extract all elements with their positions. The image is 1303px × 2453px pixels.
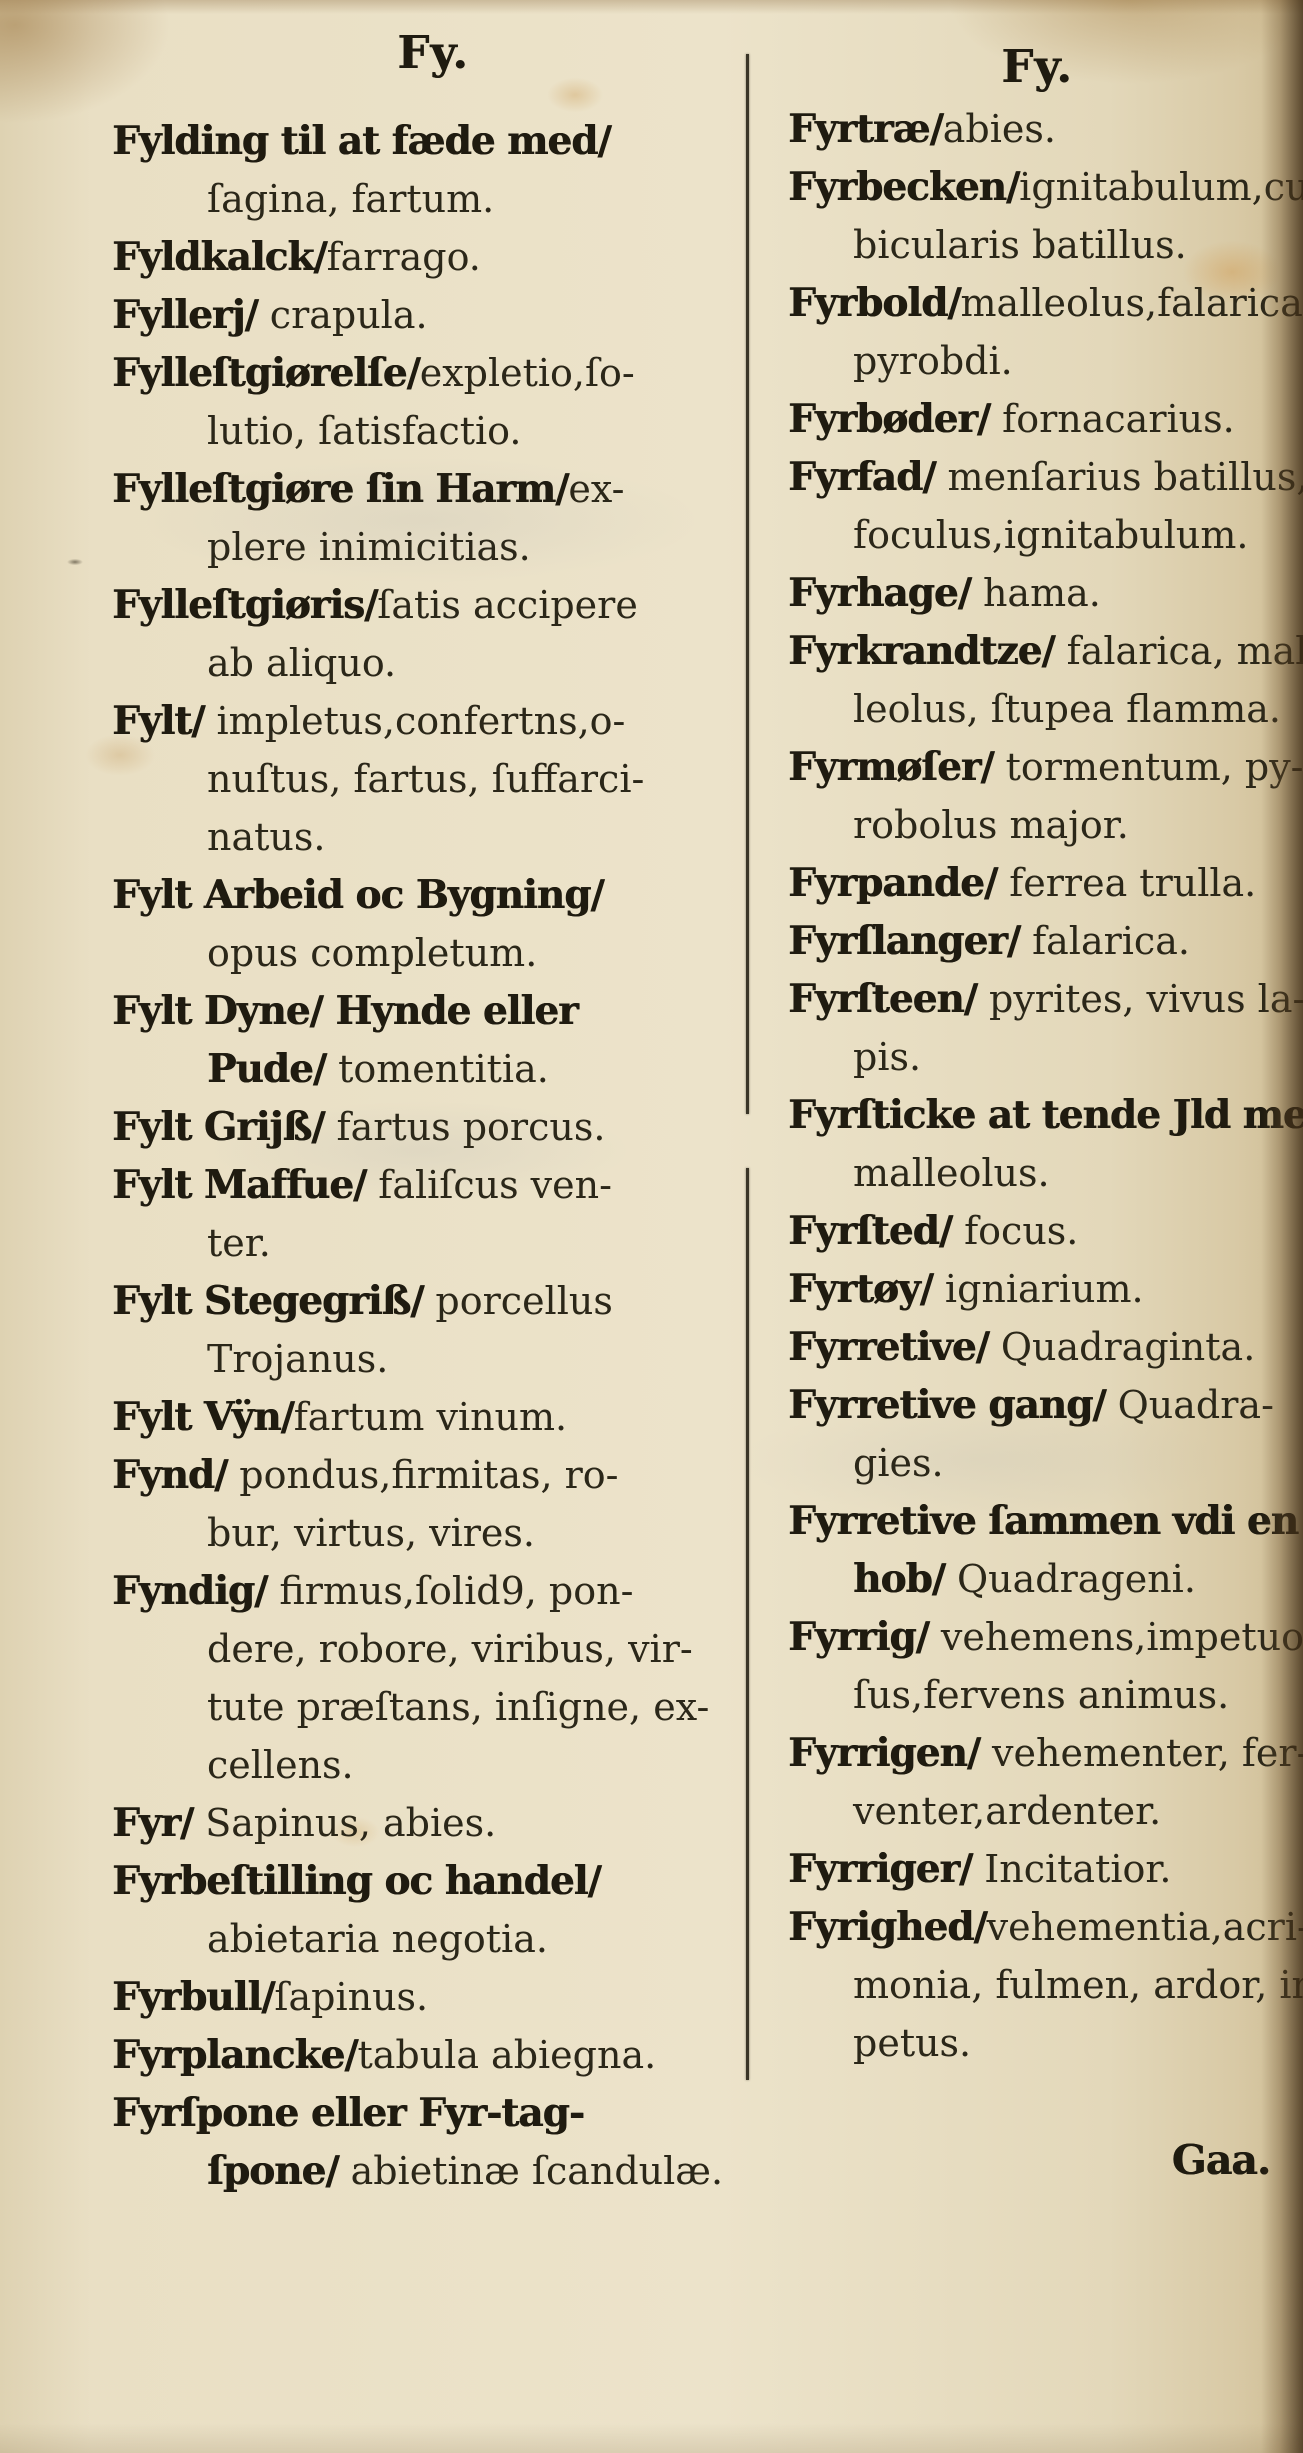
headword: hob/ xyxy=(853,1556,945,1602)
entry-line: Fyrbøder/ fornacarius. xyxy=(788,390,1303,448)
latin-gloss: tute præſtans, inſigne, ex- xyxy=(207,1685,709,1729)
entry-line: lutio, ſatisfactio. xyxy=(112,402,752,460)
entry-line: Fyrmøſer/ tormentum, py- xyxy=(788,738,1303,796)
book-edge-shadow xyxy=(1261,0,1303,2453)
entry-line: Fylt Maffue/ faliſcus ven- xyxy=(112,1156,752,1214)
headword: Fyrfad/ xyxy=(788,454,935,500)
headword: Fynd/ xyxy=(112,1452,227,1498)
headword: Fyr/ xyxy=(112,1800,193,1846)
entry-line: Fyrbecken/ignitabulum,cu- xyxy=(788,158,1303,216)
latin-gloss: petus. xyxy=(853,2021,971,2065)
latin-gloss: venter,ardenter. xyxy=(853,1789,1161,1833)
headword: Fyrretive/ xyxy=(788,1324,989,1370)
latin-gloss: Sapinus, abies. xyxy=(193,1801,496,1845)
latin-gloss: natus. xyxy=(207,815,325,859)
headword: Fyndig/ xyxy=(112,1568,267,1614)
entry-line: malleolus. xyxy=(788,1144,1303,1202)
headword: Fyrbold/ xyxy=(788,280,961,326)
latin-gloss: plere inimicitias. xyxy=(207,525,531,569)
headword: Fylleſtgiørelſe/ xyxy=(112,350,420,396)
latin-gloss: nuſtus, fartus, ſuffarci- xyxy=(207,757,644,801)
headword: Fylt Maffue/ xyxy=(112,1162,366,1208)
entry-line: dere, robore, viribus, vir- xyxy=(112,1620,752,1678)
headword: Fylt Vÿn/ xyxy=(112,1394,294,1440)
entry-line: hob/ Quadrageni. xyxy=(788,1550,1303,1608)
entry-line: plere inimicitias. xyxy=(112,518,752,576)
latin-gloss: focus. xyxy=(952,1209,1078,1253)
entry-line: Fylding til at fæde med/ xyxy=(112,112,752,170)
entry-line: nuſtus, fartus, ſuffarci- xyxy=(112,750,752,808)
headword: Fyrbeſtilling oc handel/ xyxy=(112,1858,601,1904)
entry-line: Fylt Stegegriß/ porcellus xyxy=(112,1272,752,1330)
entry-line: abietaria negotia. xyxy=(112,1910,752,1968)
headword: Fylt Grijß/ xyxy=(112,1104,324,1150)
latin-gloss: hama. xyxy=(971,571,1101,615)
latin-gloss: ferrea trulla. xyxy=(997,861,1256,905)
entry-line: Fyrhage/ hama. xyxy=(788,564,1303,622)
entry-line: Fyrplancke/tabula abiegna. xyxy=(112,2026,752,2084)
headword: ſpone/ xyxy=(207,2148,338,2194)
headword: Fyrſted/ xyxy=(788,1208,952,1254)
headword: Fyrretive gang/ xyxy=(788,1382,1106,1428)
entry-line: Fyrrig/ vehemens,impetuo- xyxy=(788,1608,1303,1666)
entry-line: Fyrbold/malleolus,falarica xyxy=(788,274,1303,332)
headword: Fyrſteen/ xyxy=(788,976,977,1022)
entry-line: Fylleſtgiøre ſin Harm/ex- xyxy=(112,460,752,518)
latin-gloss: malleolus,falarica xyxy=(961,281,1303,325)
headword: Fyrmøſer/ xyxy=(788,744,994,790)
headword: Fyrſlanger/ xyxy=(788,918,1020,964)
headword: Fyrkrandtze/ xyxy=(788,628,1055,674)
headword: Fyrtræ/ xyxy=(788,106,943,152)
headword: Fyrighed/ xyxy=(788,1904,987,1950)
entry-line: bur, virtus, vires. xyxy=(112,1504,752,1562)
headword: Fyrriger/ xyxy=(788,1846,972,1892)
entry-line: Fyrighed/vehementia,acri- xyxy=(788,1898,1303,1956)
entry-line: Fyrretive ſammen vdi en xyxy=(788,1492,1303,1550)
entry-line: opus completum. xyxy=(112,924,752,982)
running-head-left: Fy. xyxy=(368,26,498,79)
entry-line: Fyrſted/ focus. xyxy=(788,1202,1303,1260)
latin-gloss: crapula. xyxy=(258,293,428,337)
entry-line: Fyrſteen/ pyrites, vivus la- xyxy=(788,970,1303,1028)
entry-line: Fyrpande/ ferrea trulla. xyxy=(788,854,1303,912)
latin-gloss: ſapinus. xyxy=(274,1975,428,2019)
headword: Fylt Dyne/ Hynde eller xyxy=(112,988,578,1034)
entry-line: Fyrfad/ menſarius batillus, xyxy=(788,448,1303,506)
entry-line: Fylt Vÿn/fartum vinum. xyxy=(112,1388,752,1446)
entry-line: Fyr/ Sapinus, abies. xyxy=(112,1794,752,1852)
latin-gloss: ſatis accipere xyxy=(377,583,638,627)
latin-gloss: monia, fulmen, ardor, im- xyxy=(853,1963,1303,2007)
right-column: Fyrtræ/abies.Fyrbecken/ignitabulum,cu-bi… xyxy=(788,100,1303,2072)
headword: Fylleſtgiøris/ xyxy=(112,582,377,628)
latin-gloss: expletio,ſo- xyxy=(420,351,635,395)
entry-line: pis. xyxy=(788,1028,1303,1086)
entry-line: tute præſtans, inſigne, ex- xyxy=(112,1678,752,1736)
latin-gloss: malleolus. xyxy=(853,1151,1050,1195)
entry-line: Fylleſtgiøris/ſatis accipere xyxy=(112,576,752,634)
latin-gloss: ter. xyxy=(207,1221,271,1265)
latin-gloss: Quadra- xyxy=(1106,1383,1274,1427)
entry-line: Fyrtøy/ igniarium. xyxy=(788,1260,1303,1318)
entry-line: Fynd/ pondus,firmitas, ro- xyxy=(112,1446,752,1504)
entry-line: Fyrbeſtilling oc handel/ xyxy=(112,1852,752,1910)
latin-gloss: firmus,ſolid9, pon- xyxy=(267,1569,633,1613)
entry-line: Fyndig/ firmus,ſolid9, pon- xyxy=(112,1562,752,1620)
latin-gloss: leolus, ſtupea flamma. xyxy=(853,687,1281,731)
headword: Fyrbøder/ xyxy=(788,396,990,442)
headword: Fylleſtgiøre ſin Harm/ xyxy=(112,466,568,512)
entry-line: venter,ardenter. xyxy=(788,1782,1303,1840)
headword: Fyldkalck/ xyxy=(112,234,327,280)
headword: Fyrtøy/ xyxy=(788,1266,933,1312)
latin-gloss: pis. xyxy=(853,1035,921,1079)
entry-line: foculus,ignitabulum. xyxy=(788,506,1303,564)
latin-gloss: menſarius batillus, xyxy=(935,455,1303,499)
entry-line: Fyrkrandtze/ falarica, mal- xyxy=(788,622,1303,680)
headword: Fyrbecken/ xyxy=(788,164,1019,210)
latin-gloss: tomentitia. xyxy=(326,1047,549,1091)
headword: Fyrſticke at tende Jld med xyxy=(788,1092,1303,1138)
latin-gloss: tabula abiegna. xyxy=(357,2033,656,2077)
latin-gloss: pondus,firmitas, ro- xyxy=(227,1453,618,1497)
latin-gloss: vehementer, fer- xyxy=(980,1731,1303,1775)
headword: Fylt/ xyxy=(112,698,204,744)
latin-gloss: porcellus xyxy=(423,1279,613,1323)
headword: Fyrſpone eller Fyr-tag- xyxy=(112,2090,584,2136)
latin-gloss: faliſcus ven- xyxy=(366,1163,612,1207)
entry-line: Pude/ tomentitia. xyxy=(112,1040,752,1098)
running-head-right: Fy. xyxy=(972,40,1102,93)
entry-line: Fylt Dyne/ Hynde eller xyxy=(112,982,752,1040)
latin-gloss: robolus major. xyxy=(853,803,1129,847)
headword: Fyrrig/ xyxy=(788,1614,929,1660)
headword: Pude/ xyxy=(207,1046,326,1092)
latin-gloss: foculus,ignitabulum. xyxy=(853,513,1248,557)
latin-gloss: cellens. xyxy=(207,1743,354,1787)
entry-line: Fylt Grijß/ fartus porcus. xyxy=(112,1098,752,1156)
entry-line: ab aliquo. xyxy=(112,634,752,692)
entry-line: ter. xyxy=(112,1214,752,1272)
latin-gloss: Trojanus. xyxy=(207,1337,388,1381)
latin-gloss: bicularis batillus. xyxy=(853,223,1187,267)
entry-line: Fyrtræ/abies. xyxy=(788,100,1303,158)
entry-line: Fyrſlanger/ falarica. xyxy=(788,912,1303,970)
latin-gloss: dere, robore, viribus, vir- xyxy=(207,1627,693,1671)
latin-gloss: farrago. xyxy=(327,235,481,279)
entry-line: monia, fulmen, ardor, im- xyxy=(788,1956,1303,2014)
entry-line: Fyrrigen/ vehementer, fer- xyxy=(788,1724,1303,1782)
entry-line: ſus,fervens animus. xyxy=(788,1666,1303,1724)
left-column: Fylding til at fæde med/ſagina, fartum.F… xyxy=(112,112,752,2200)
entry-line: Trojanus. xyxy=(112,1330,752,1388)
headword: Fylding til at fæde med/ xyxy=(112,118,611,164)
headword: Fyrhage/ xyxy=(788,570,971,616)
latin-gloss: ſus,fervens animus. xyxy=(853,1673,1229,1717)
entry-line: Fyrriger/ Incitatior. xyxy=(788,1840,1303,1898)
headword: Fyrplancke/ xyxy=(112,2032,357,2078)
latin-gloss: Quadrageni. xyxy=(945,1557,1196,1601)
entry-line: bicularis batillus. xyxy=(788,216,1303,274)
latin-gloss: pyrobdi. xyxy=(853,339,1013,383)
entry-line: Fylt Arbeid oc Bygning/ xyxy=(112,866,752,924)
dictionary-page: Fy. Fy. Fylding til at fæde med/ſagina, … xyxy=(0,0,1303,2453)
entry-line: Fyrretive/ Quadraginta. xyxy=(788,1318,1303,1376)
headword: Fylt Stegegriß/ xyxy=(112,1278,423,1324)
entry-line: ſpone/ abietinæ ſcandulæ. xyxy=(112,2142,752,2200)
latin-gloss: ſagina, fartum. xyxy=(207,177,494,221)
entry-line: robolus major. xyxy=(788,796,1303,854)
latin-gloss: fartum vinum. xyxy=(294,1395,567,1439)
latin-gloss: vehemens,impetuo- xyxy=(929,1615,1303,1659)
entry-line: Fyrbull/ſapinus. xyxy=(112,1968,752,2026)
headword: Fyrretive ſammen vdi en xyxy=(788,1498,1298,1544)
entry-line: Fyllerj/ crapula. xyxy=(112,286,752,344)
entry-line: Fylleſtgiørelſe/expletio,ſo- xyxy=(112,344,752,402)
latin-gloss: falarica. xyxy=(1020,919,1190,963)
entry-line: Fyrſticke at tende Jld med xyxy=(788,1086,1303,1144)
headword: Fyrrigen/ xyxy=(788,1730,980,1776)
entry-line: natus. xyxy=(112,808,752,866)
entry-line: gies. xyxy=(788,1434,1303,1492)
latin-gloss: vehementia,acri- xyxy=(987,1905,1303,1949)
latin-gloss: tormentum, py- xyxy=(994,745,1303,789)
headword: Fyrbull/ xyxy=(112,1974,274,2020)
latin-gloss: fartus porcus. xyxy=(324,1105,605,1149)
entry-line: Fyldkalck/farrago. xyxy=(112,228,752,286)
entry-line: pyrobdi. xyxy=(788,332,1303,390)
entry-line: Fyrretive gang/ Quadra- xyxy=(788,1376,1303,1434)
latin-gloss: bur, virtus, vires. xyxy=(207,1511,535,1555)
latin-gloss: Quadraginta. xyxy=(989,1325,1255,1369)
latin-gloss: impletus,confertns,o- xyxy=(204,699,625,743)
headword: Fyllerj/ xyxy=(112,292,258,338)
entry-line: leolus, ſtupea flamma. xyxy=(788,680,1303,738)
headword: Fylt Arbeid oc Bygning/ xyxy=(112,872,604,918)
entry-line: Fylt/ impletus,confertns,o- xyxy=(112,692,752,750)
latin-gloss: abietinæ ſcandulæ. xyxy=(338,2149,723,2193)
latin-gloss: ab aliquo. xyxy=(207,641,396,685)
latin-gloss: lutio, ſatisfactio. xyxy=(207,409,521,453)
entry-line: petus. xyxy=(788,2014,1303,2072)
latin-gloss: gies. xyxy=(853,1441,944,1485)
latin-gloss: abies. xyxy=(943,107,1056,151)
headword: Fyrpande/ xyxy=(788,860,997,906)
latin-gloss: pyrites, vivus la- xyxy=(977,977,1303,1021)
latin-gloss: igniarium. xyxy=(933,1267,1144,1311)
latin-gloss: Incitatior. xyxy=(972,1847,1171,1891)
latin-gloss: fornacarius. xyxy=(990,397,1235,441)
entry-line: ſagina, fartum. xyxy=(112,170,752,228)
entry-line: Fyrſpone eller Fyr-tag- xyxy=(112,2084,752,2142)
latin-gloss: ex- xyxy=(568,467,624,511)
latin-gloss: opus completum. xyxy=(207,931,537,975)
entry-line: cellens. xyxy=(112,1736,752,1794)
catchword: Gaa. xyxy=(1100,2136,1270,2184)
latin-gloss: abietaria negotia. xyxy=(207,1917,548,1961)
